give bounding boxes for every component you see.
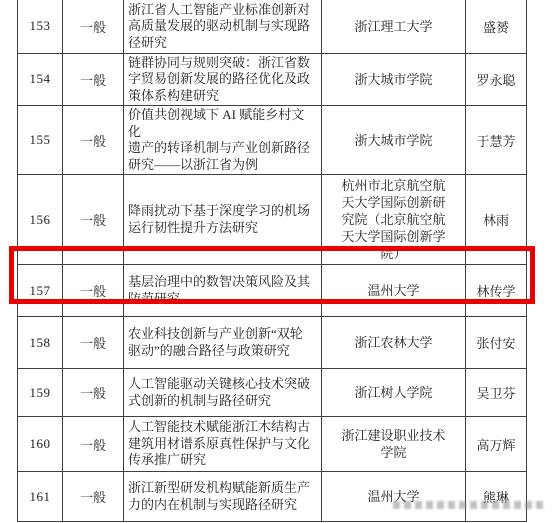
category-cell: 一般 <box>63 265 124 317</box>
leader-name-cell: 罗永聪 <box>466 53 527 106</box>
project-title-cell: 价值共创视域下 AI 赋能乡村文化 遗产的转译机制与产业创新路径 研究——以浙江… <box>124 106 322 175</box>
category-cell: 一般 <box>63 106 124 175</box>
leader-name-cell: 高万辉 <box>466 417 527 472</box>
category-cell: 一般 <box>63 472 124 522</box>
row-number: 158 <box>18 317 63 369</box>
project-title-cell: 降雨扰动下基于深度学习的机场 运行韧性提升方法研究 <box>124 175 322 265</box>
institution-cell: 温州大学 <box>322 472 466 522</box>
leader-name-cell: 林雨 <box>466 175 527 265</box>
category-cell: 一般 <box>63 417 124 472</box>
institution-cell: 浙大城市学院 <box>322 53 466 106</box>
project-title-cell: 人工智能技术赋能浙江木结构古 建筑用材谱系原真性保护与文化 传承推广研究 <box>124 417 322 472</box>
table-row: 154 一般 链群协同与规则突破：浙江省数 字贸易创新发展的路径优化及政 策体系… <box>18 53 527 106</box>
table-row: 160 一般 人工智能技术赋能浙江木结构古 建筑用材谱系原真性保护与文化 传承推… <box>18 417 527 472</box>
row-number: 161 <box>18 472 63 522</box>
table-row: 159 一般 人工智能驱动关键核心技术突破 式创新的机制与路径研究 浙江树人学院… <box>18 369 527 417</box>
table-row: 153 一般 浙江省人工智能产业标准创新对 高质量发展的驱动机制与实现路 径研究… <box>18 0 527 53</box>
project-title-cell: 人工智能驱动关键核心技术突破 式创新的机制与路径研究 <box>124 369 322 417</box>
grant-projects-table: 153 一般 浙江省人工智能产业标准创新对 高质量发展的驱动机制与实现路 径研究… <box>17 0 527 522</box>
category-cell: 一般 <box>63 317 124 369</box>
project-title-cell: 链群协同与规则突破：浙江省数 字贸易创新发展的路径优化及政 策体系构建研究 <box>124 53 322 106</box>
row-number: 155 <box>18 106 63 175</box>
project-title-cell: 浙江新型研发机构赋能新质生产 力的内在机制与实现路径研究 <box>124 472 322 522</box>
institution-cell: 浙江农林大学 <box>322 317 466 369</box>
row-number: 156 <box>18 175 63 265</box>
row-number: 154 <box>18 53 63 106</box>
leader-name-cell: 张付安 <box>466 317 527 369</box>
category-cell: 一般 <box>63 0 124 53</box>
row-number: 157 <box>18 265 63 317</box>
row-number: 159 <box>18 369 63 417</box>
row-number: 153 <box>18 0 63 53</box>
category-cell: 一般 <box>63 175 124 265</box>
leader-name-cell: 盛赟 <box>466 0 527 53</box>
institution-cell: 浙江建设职业技术 学院 <box>322 417 466 472</box>
category-cell: 一般 <box>63 369 124 417</box>
leader-name-cell: 吴卫芬 <box>466 369 527 417</box>
table-row: 156 一般 降雨扰动下基于深度学习的机场 运行韧性提升方法研究 杭州市北京航空… <box>18 175 527 265</box>
institution-cell: 杭州市北京航空航 天大学国际创新研 究院（北京航空航 天大学国际创新学 院） <box>322 175 466 265</box>
project-title-cell: 农业科技创新与产业创新“双轮 驱动”的融合路径与政策研究 <box>124 317 322 369</box>
table-row: 161 一般 浙江新型研发机构赋能新质生产 力的内在机制与实现路径研究 温州大学… <box>18 472 527 522</box>
table-row: 155 一般 价值共创视域下 AI 赋能乡村文化 遗产的转译机制与产业创新路径 … <box>18 106 527 175</box>
table-row: 158 一般 农业科技创新与产业创新“双轮 驱动”的融合路径与政策研究 浙江农林… <box>18 317 527 369</box>
category-cell: 一般 <box>63 53 124 106</box>
institution-cell: 温州大学 <box>322 265 466 317</box>
leader-name-cell: 林传学 <box>466 265 527 317</box>
leader-name-cell: 于慧芳 <box>466 106 527 175</box>
institution-cell: 浙大城市学院 <box>322 106 466 175</box>
project-title-cell: 浙江省人工智能产业标准创新对 高质量发展的驱动机制与实现路 径研究 <box>124 0 322 53</box>
project-title-cell: 基层治理中的数智决策风险及其 防范研究 <box>124 265 322 317</box>
leader-name-cell: 熊琳 <box>466 472 527 522</box>
institution-cell: 浙江树人学院 <box>322 369 466 417</box>
institution-cell: 浙江理工大学 <box>322 0 466 53</box>
table-row-highlighted: 157 一般 基层治理中的数智决策风险及其 防范研究 温州大学 林传学 <box>18 265 527 317</box>
row-number: 160 <box>18 417 63 472</box>
scanned-document-page: 153 一般 浙江省人工智能产业标准创新对 高质量发展的驱动机制与实现路 径研究… <box>0 0 554 523</box>
